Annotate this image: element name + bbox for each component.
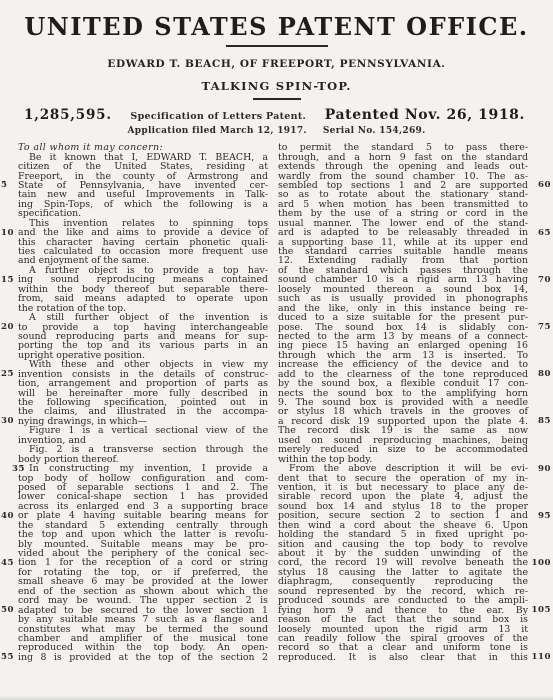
line-number: 15 [1, 276, 15, 285]
line-text: reproduced. It is also clear that in thi… [278, 652, 528, 663]
patent-office-title: UNITED STATES PATENT OFFICE. [0, 14, 553, 39]
patented-date: Patented Nov. 26, 1918. [325, 107, 525, 123]
scan-edge-shadow [0, 695, 553, 700]
line-number: 100 [532, 559, 551, 568]
title-divider-rule [253, 98, 301, 100]
line-number: 50 [1, 606, 15, 615]
inventor-line: EDWARD T. BEACH, OF FREEPORT, PENNSYLVAN… [0, 58, 553, 70]
line-number: 65 [538, 229, 551, 238]
patent-body: To all whom it may concern:Be it known t… [0, 143, 553, 662]
serial-number-label: Serial No. 154,269. [323, 126, 426, 136]
specification-label: Specification of Letters Patent. [130, 111, 306, 122]
line-number: 90 [527, 465, 551, 474]
header-divider-rule [226, 45, 328, 47]
line-text: ing 8 is provided at the top of the sect… [18, 652, 268, 663]
line-number: 25 [1, 370, 15, 379]
line-number: 10 [1, 229, 15, 238]
line-number: 80 [538, 370, 551, 379]
text-line: 55ing 8 is provided at the top of the se… [18, 653, 268, 662]
invention-title: TALKING SPIN-TOP. [0, 79, 553, 93]
application-filed-label: Application filed March 12, 1917. [127, 126, 306, 136]
patent-meta-row: 1,285,595. Specification of Letters Pate… [0, 107, 553, 123]
line-number: 60 [538, 181, 551, 190]
patent-header: UNITED STATES PATENT OFFICE. EDWARD T. B… [0, 14, 553, 136]
line-number: 40 [1, 512, 15, 521]
line-number: 95 [538, 512, 551, 521]
line-number: 70 [538, 276, 551, 285]
right-column: to permit the standard 5 to pass there-t… [278, 143, 528, 662]
line-number: 75 [538, 323, 551, 332]
line-number: 105 [532, 606, 551, 615]
line-number: 5 [1, 181, 15, 190]
line-number: 35 [1, 465, 15, 474]
patent-document-page: UNITED STATES PATENT OFFICE. EDWARD T. B… [0, 0, 553, 700]
application-row: Application filed March 12, 1917. Serial… [0, 126, 553, 136]
text-line: 110reproduced. It is also clear that in … [278, 653, 528, 662]
left-column: To all whom it may concern:Be it known t… [18, 143, 268, 662]
line-number: 45 [1, 559, 15, 568]
line-number: 20 [1, 323, 15, 332]
line-number: 55 [1, 653, 15, 662]
line-number: 30 [1, 417, 15, 426]
line-number: 110 [532, 653, 551, 662]
line-number: 85 [538, 417, 551, 426]
patent-number: 1,285,595. [24, 107, 112, 123]
